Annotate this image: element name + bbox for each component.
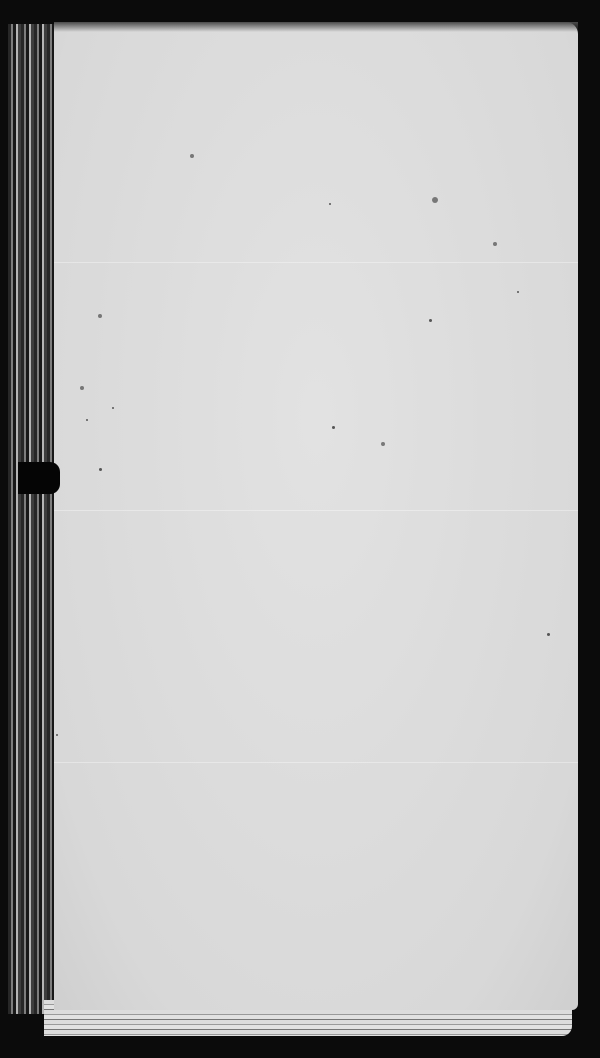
speck (86, 419, 88, 421)
speck (56, 734, 58, 736)
speck (112, 407, 114, 409)
paper-crease (54, 262, 578, 263)
speck (80, 386, 84, 390)
speck (517, 291, 519, 293)
paper-crease (54, 762, 578, 763)
speck (332, 426, 335, 429)
speck (381, 442, 385, 446)
paper-crease (54, 510, 578, 511)
speck (99, 468, 102, 471)
speck (329, 203, 331, 205)
speck (190, 154, 194, 158)
speck (493, 242, 497, 246)
speck (547, 633, 550, 636)
binding-tab (18, 462, 60, 494)
page-edges-left (8, 24, 60, 1014)
speck (429, 319, 432, 322)
speck (98, 314, 102, 318)
speck (432, 197, 438, 203)
blank-page (54, 22, 578, 1010)
